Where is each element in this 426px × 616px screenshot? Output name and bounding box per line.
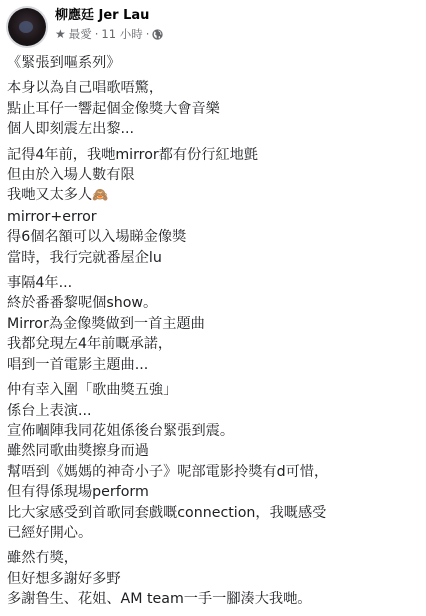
favorites-label: 最愛 — [69, 26, 92, 42]
avatar-photo — [19, 21, 33, 33]
post-meta: ★ 最愛 · 11 小時 · — [55, 26, 163, 42]
see-no-evil-monkey-emoji-icon: 🙈 — [92, 188, 108, 203]
post-text-fragment: 我哋又太多人 — [7, 187, 92, 203]
globe-icon[interactable] — [152, 29, 163, 40]
post-text-line: 多謝鲁生、花姐、AM team一手一腳湊大我哋。 — [7, 589, 422, 609]
post-text-line: 係台上表演... — [7, 401, 422, 421]
post-text-line: mirror+error — [7, 207, 422, 227]
post-timestamp-link[interactable]: 11 小時 — [101, 26, 142, 42]
post-text-line: 點止耳仔一響起個金像獎大會音樂 — [7, 99, 422, 119]
post-text-line: 記得4年前，我哋mirror都有份行紅地氈 — [7, 145, 422, 165]
post-text-line: 當時，我行完就番屋企lu — [7, 248, 422, 268]
meta-separator: · — [95, 27, 99, 41]
post-text-line: 唱到一首電影主題曲... — [7, 355, 422, 375]
post-text-line: 個人即刻震左出黎... — [7, 119, 422, 139]
post-text-line: 宣佈嗰陣我同花姐係後台緊張到震。 — [7, 421, 422, 441]
author-name-link[interactable]: 柳應廷 Jer Lau — [55, 4, 149, 23]
post-text-line: 終於番番黎呢個show。 — [7, 293, 422, 313]
post-paragraph: 事隔4年... 終於番番黎呢個show。 Mirror為金像獎做到一首主題曲 我… — [7, 273, 422, 375]
post-paragraph: 雖然冇獎， 但好想多謝好多野 多謝鲁生、花姐、AM team一手一腳湊大我哋。 — [7, 548, 422, 609]
post-text-line: Mirror為金像獎做到一首主題曲 — [7, 314, 422, 334]
post-paragraph: 記得4年前，我哋mirror都有份行紅地氈 但由於入場人數有限 我哋又太多人🙈 … — [7, 145, 422, 268]
post-paragraph: 《緊張到嘔系列》 — [7, 53, 422, 73]
post-text-line: 仲有幸入圍「歌曲獎五強」 — [7, 380, 422, 400]
post-text-line: 事隔4年... — [7, 273, 422, 293]
post-text-line: 比大家感受到首歌同套戲嘅connection，我嘅感受 — [7, 503, 422, 523]
post-text-line: 雖然同歌曲獎擦身而過 — [7, 441, 422, 461]
post-text-line: 得6個名額可以入場睇金像獎 — [7, 227, 422, 247]
post-header: 柳應廷 Jer Lau ★ 最愛 · 11 小時 · — [0, 0, 426, 52]
post-text-line: 我都兌現左4年前嘅承諾， — [7, 334, 422, 354]
post-text-line: 已經好開心。 — [7, 523, 422, 543]
author-avatar[interactable] — [8, 8, 46, 46]
meta-separator: · — [146, 27, 150, 41]
post-text-line: 但由於入場人數有限 — [7, 165, 422, 185]
post-title-line: 《緊張到嘔系列》 — [7, 53, 422, 73]
post-paragraph: 本身以為自己唱歌唔驚， 點止耳仔一響起個金像獎大會音樂 個人即刻震左出黎... — [7, 78, 422, 139]
post-text-line: 本身以為自己唱歌唔驚， — [7, 78, 422, 98]
post-text-line: 雖然冇獎， — [7, 548, 422, 568]
facebook-post: 柳應廷 Jer Lau ★ 最愛 · 11 小時 · 《緊張到嘔系列》 本身以為… — [0, 0, 426, 616]
post-text-line: 我哋又太多人🙈 — [7, 185, 422, 206]
post-text-line: 幫唔到《媽媽的神奇小子》呢部電影拎獎有d可惜， — [7, 462, 422, 482]
post-text-line: 但有得係現場perform — [7, 482, 422, 502]
post-paragraph: 仲有幸入圍「歌曲獎五強」 係台上表演... 宣佈嗰陣我同花姐係後台緊張到震。 雖… — [7, 380, 422, 543]
post-body: 《緊張到嘔系列》 本身以為自己唱歌唔驚， 點止耳仔一響起個金像獎大會音樂 個人即… — [7, 53, 422, 615]
star-icon: ★ — [55, 27, 66, 41]
post-text-line: 但好想多謝好多野 — [7, 569, 422, 589]
